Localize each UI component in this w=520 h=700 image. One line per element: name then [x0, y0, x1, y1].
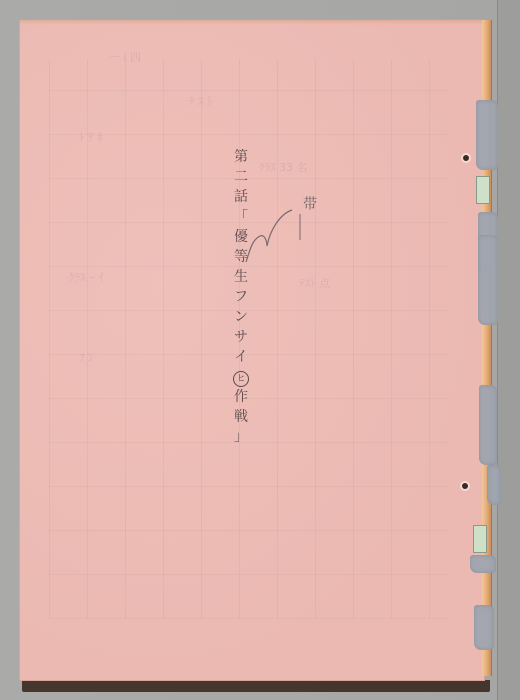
binding-clip — [476, 176, 490, 204]
page-shadow — [22, 680, 490, 692]
title-char: 第 — [234, 150, 248, 170]
show-through-text: ﾃｽﾄ 点 — [299, 275, 330, 291]
title-char: 話 — [234, 190, 248, 210]
show-through-text: ﾄ ﾃ ﾈ — [79, 129, 103, 145]
show-through-text: ｸﾗｽ ｰ ｲ — [69, 269, 104, 285]
title-char: ン — [234, 310, 248, 330]
title-char: 優 — [234, 230, 248, 250]
tape-piece — [470, 555, 496, 573]
title-char: 生 — [234, 270, 248, 290]
title-char: 等 — [234, 250, 248, 270]
title-char: サ — [234, 330, 248, 350]
show-through-text: ﾌ ﾝ — [79, 349, 94, 365]
title-char: 「 — [234, 210, 248, 230]
handwritten-annotation: 带 — [299, 196, 319, 210]
tape-piece — [487, 465, 501, 505]
title-char: 作 — [234, 390, 248, 410]
title-char: フ — [234, 290, 248, 310]
title-char: イ — [234, 350, 248, 370]
episode-title: 第 二 話 「 優 等 生 フ ン サ イ ヒ 作 戦 」 — [228, 150, 254, 450]
circled-character: ヒ — [233, 371, 249, 387]
binding-clip — [473, 525, 487, 553]
tape-piece — [476, 100, 498, 170]
scanner-edge — [497, 0, 520, 700]
tape-piece — [478, 235, 498, 325]
tape-piece — [474, 605, 494, 650]
show-through-text: ﾃ ｽ ﾄ — [189, 93, 213, 109]
title-char: 戦 — [234, 410, 248, 430]
title-char: 二 — [234, 170, 248, 190]
title-char-circled: ヒ — [233, 370, 249, 390]
binding-hole — [463, 155, 469, 161]
tape-piece — [479, 385, 497, 465]
binding-hole — [462, 483, 468, 489]
title-char: 」 — [234, 430, 248, 450]
show-through-text: 一 l 四 — [109, 49, 141, 65]
show-through-text: ｸﾗｽ 33 名 — [259, 159, 308, 175]
